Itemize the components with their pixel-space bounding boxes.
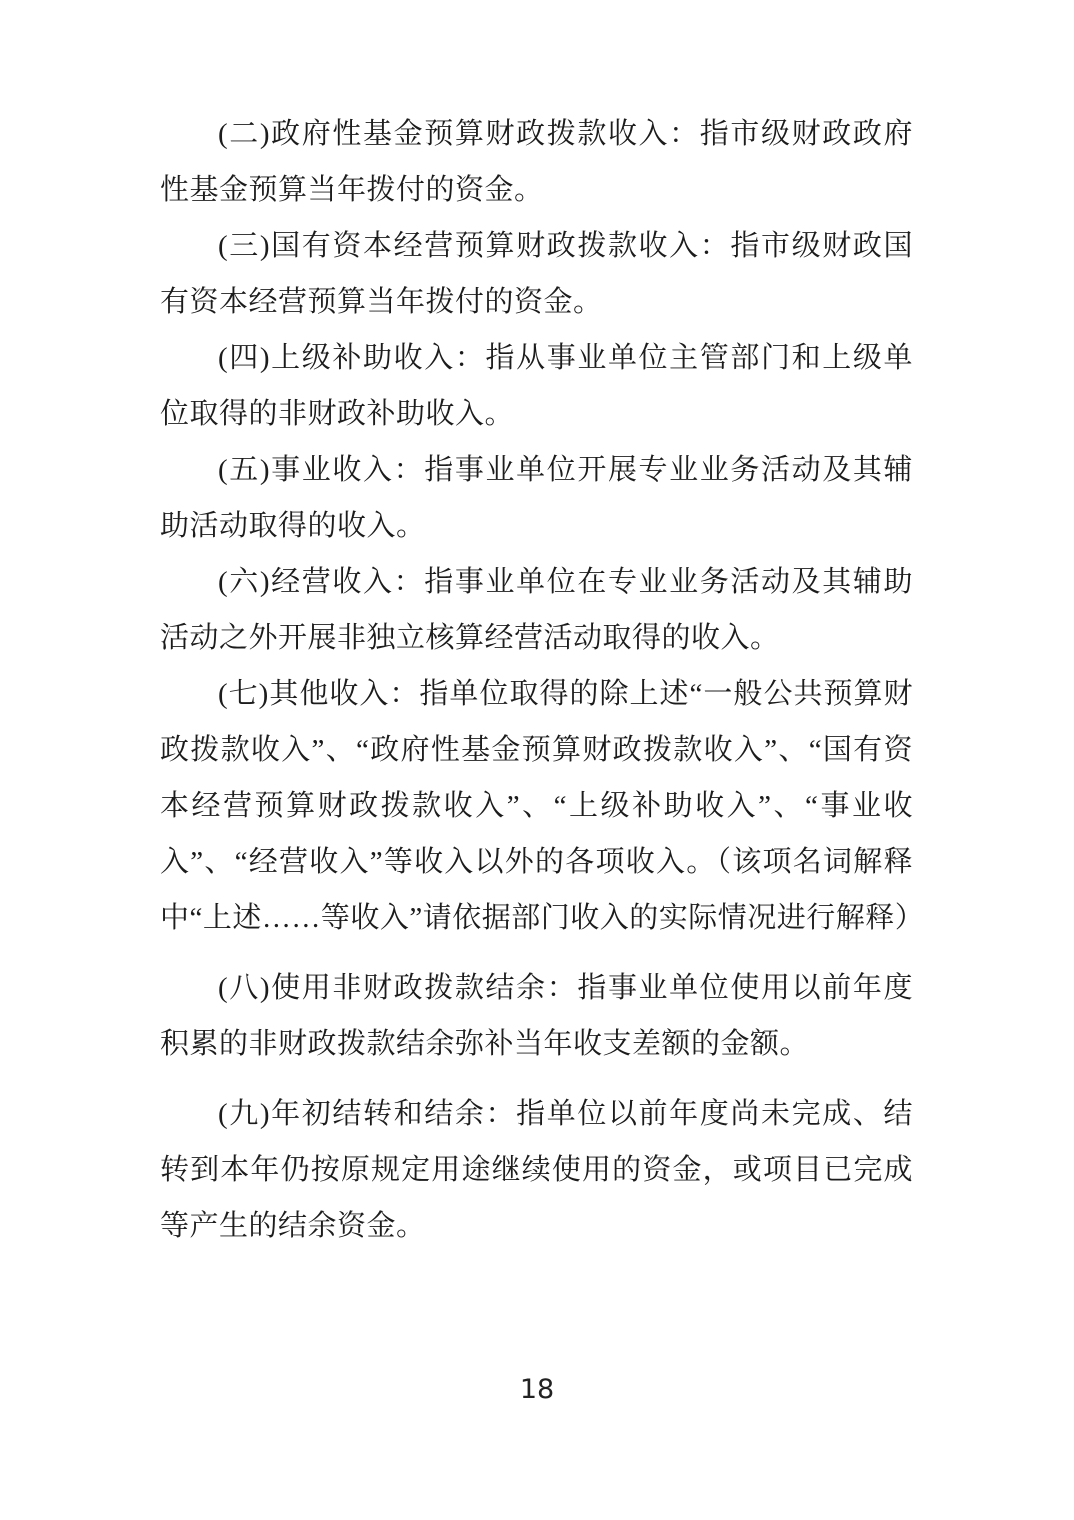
- paragraph-3-state-capital-budget-income: (三)国有资本经营预算财政拨款收入：指市级财政国有资本经营预算当年拨付的资金。: [160, 218, 913, 330]
- paragraph-4-superior-subsidy-income: (四)上级补助收入：指从事业单位主管部门和上级单位取得的非财政补助收入。: [160, 330, 913, 442]
- paragraph-6-operating-income: (六)经营收入：指事业单位在专业业务活动及其辅助活动之外开展非独立核算经营活动取…: [160, 554, 913, 666]
- page-number: 18: [0, 1374, 1074, 1405]
- paragraph-5-institution-income: (五)事业收入：指事业单位开展专业业务活动及其辅助活动取得的收入。: [160, 442, 913, 554]
- paragraph-8-non-fiscal-surplus: (八)使用非财政拨款结余：指事业单位使用以前年度积累的非财政拨款结余弥补当年收支…: [160, 960, 913, 1072]
- paragraph-9-year-begin-carryover: (九)年初结转和结余：指单位以前年度尚未完成、结转到本年仍按原规定用途继续使用的…: [160, 1086, 913, 1254]
- paragraph-7-other-income: (七)其他收入：指单位取得的除上述“一般公共预算财政拨款收入”、“政府性基金预算…: [160, 666, 913, 946]
- paragraph-2-gov-fund-budget-income: (二)政府性基金预算财政拨款收入：指市级财政政府性基金预算当年拨付的资金。: [160, 106, 913, 218]
- document-body: (二)政府性基金预算财政拨款收入：指市级财政政府性基金预算当年拨付的资金。 (三…: [160, 106, 913, 1254]
- document-page: (二)政府性基金预算财政拨款收入：指市级财政政府性基金预算当年拨付的资金。 (三…: [0, 0, 1074, 1520]
